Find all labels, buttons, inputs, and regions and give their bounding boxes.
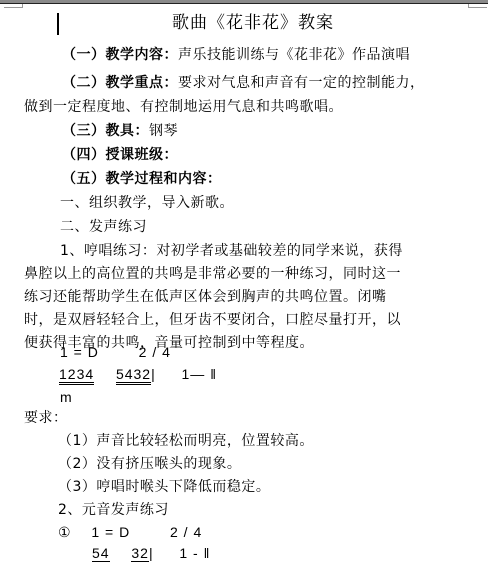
section-1: （一）教学内容：声乐技能训练与《花非花》作品演唱 [62,45,410,65]
time-signature-2: 2 / 4 [170,524,202,540]
section-2-continuation: 做到一定程度地、有控制地运用气息和共鸣歌唱。 [24,97,343,117]
key-signature: 1 = D [60,344,99,360]
section-4-label: （四）授课班级： [62,147,178,163]
section-1-label: （一）教学内容： [62,47,178,63]
barline-2: | [149,545,154,561]
barline: | [151,366,156,382]
exercise-1-line-3: 练习还能帮助学生在低声区体会到胸声的共鸣位置。闭嘴 [24,287,387,307]
step-1: 一、组织教学，导入新歌。 [60,193,234,213]
note-group-1: 1234 [59,366,94,385]
key-signature-2: 1 = D [91,524,130,540]
section-2-label: （二）教学重点： [62,75,178,91]
section-2: （二）教学重点：要求对气息和声音有一定的控制能力， [62,73,425,93]
note-group-1b: 54 [92,545,110,562]
exercise-2-signature: ① 1 = D 2 / 4 [58,522,202,542]
margin-corner-right [468,4,487,8]
exercise-1-line-4: 时，是双唇轻轻合上，但牙齿不要闭合，口腔尽量打开，以 [24,310,401,330]
syllable: m [60,387,73,407]
final-barline-2: ‖ [204,545,211,561]
section-4: （四）授课班级： [62,145,178,165]
note-end-2: 1 - [179,545,198,561]
page-top-edge [0,3,488,4]
exercise-2-notation: 54 32| 1 - ‖ [92,543,210,563]
requirement-1: （1）声音比较轻松而明亮，位置较高。 [58,431,314,451]
section-3-label: （三）教具： [62,123,149,139]
section-3: （三）教具：钢琴 [62,121,178,141]
time-signature: 2 / 4 [139,344,171,360]
exercise-1-line-1: 1、哼唱练习：对初学者或基础较差的同学来说，获得 [60,241,403,261]
text-cursor [57,13,59,35]
section-1-text: 声乐技能训练与《花非花》作品演唱 [178,47,410,63]
final-barline: ‖ [210,366,217,382]
exercise-2-heading: 2、元音发声练习 [58,500,169,520]
section-2-text: 要求对气息和声音有一定的控制能力， [178,75,425,91]
margin-corner-left [4,4,23,8]
section-5-label: （五）教学过程和内容： [62,171,222,187]
exercise-1-line-2: 鼻腔以上的高位置的共鸣是非常必要的一种练习，同时这一 [24,264,401,284]
exercise-1-signature: 1 = D 2 / 4 [60,342,171,362]
note-end: 1— [182,366,206,382]
requirements-heading: 要求： [24,408,68,428]
step-2: 二、发声练习 [60,217,147,237]
section-3-text: 钢琴 [149,123,178,139]
requirement-3: （3）哼唱时喉头下降低而稳定。 [58,477,270,497]
requirement-2: （2）没有挤压喉头的现象。 [58,454,241,474]
exercise-1-notation: 1234 5432| 1— ‖ [59,364,217,385]
page-title: 歌曲《花非花》教案 [172,13,334,33]
note-group-2b: 32 [131,545,149,562]
note-group-2: 5432 [116,366,151,385]
section-5: （五）教学过程和内容： [62,169,222,189]
circled-marker: ① [58,524,72,540]
